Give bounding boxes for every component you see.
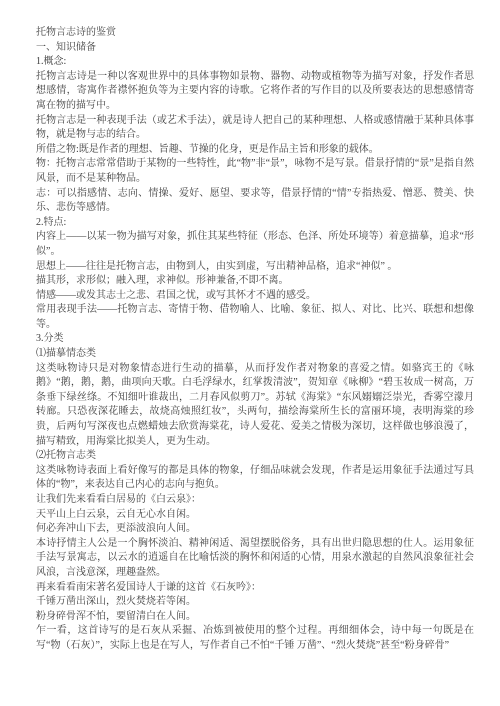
heading-type-1: ⑴描摹情态类 — [36, 347, 474, 362]
para-concept-technique: 托物言志是一种表现手法（或艺术手法），就是诗人把自己的某种理想、人格或感情融于某… — [36, 114, 474, 143]
document-title: 托物言志诗的鉴赏 — [36, 26, 474, 41]
heading-classification: 3.分类 — [36, 332, 474, 347]
section-1-heading: 一、知识储备 — [36, 41, 474, 56]
poem-line-baiyunquan-2: 何必奔冲山下去，更添波浪向人间。 — [36, 522, 474, 537]
para-shihuiyin-intro: 再来看看南宋著名爱国诗人于谦的这首《石灰吟》： — [36, 581, 474, 596]
para-feature-form-spirit: 描其形，求形似；融入理，求神似。形神兼备,不即不离。 — [36, 274, 474, 289]
para-zhi-explanation: 志：可以指感情、志向、情操、爱好、愿望、要求等，借景抒情的“情”专指热爱、憎恶、… — [36, 187, 474, 216]
para-concept-definition: 托物言志诗是一种以客观世界中的具体事物如景物、器物、动物或植物等为描写对象，抒发… — [36, 70, 474, 114]
para-type-2-description: 这类咏物诗表面上看好像写的都是具体的物象，仔细品味就会发现，作者是运用象征手法通… — [36, 464, 474, 493]
para-feature-thought: 思想上——往往是托物言志，由物到人，由实到虚，写出精神品格，追求“神似” 。 — [36, 260, 474, 275]
para-baiyunquan-intro: 让我们先来看看白居易的《白云泉》： — [36, 493, 474, 508]
para-type-1-description: 这类咏物诗只是对物象情态进行生动的描摹，从而抒发作者对物象的喜爱之情。如骆宾王的… — [36, 362, 474, 450]
para-feature-content: 内容上——以某一物为描写对象，抓住其某些特征（形态、色泽、所处环境等）着意描摹，… — [36, 230, 474, 259]
document-page: 托物言志诗的鉴赏 一、知识储备 1.概念: 托物言志诗是一种以客观世界中的具体事… — [0, 0, 500, 706]
poem-line-shihuiyin-2: 粉身碎骨浑不怕，要留清白在人间。 — [36, 610, 474, 625]
heading-features: 2.特点: — [36, 216, 474, 231]
para-borrowed-object: 所借之物:既是作者的理想、旨趣、节操的化身，更是作品主旨和形象的载体。 — [36, 143, 474, 158]
para-common-techniques: 常用表现手法——托物言志、寄情于物、借物喻人、比喻、象征、拟人、对比、比兴、联想… — [36, 303, 474, 332]
poem-line-shihuiyin-1: 千锤万凿出深山，烈火焚烧若等闲。 — [36, 595, 474, 610]
para-shihuiyin-analysis: 乍一看，这首诗写的是石灰从采掘、冶炼到被使用的整个过程。再细细体会，诗中每一句既… — [36, 624, 474, 653]
heading-type-2: ⑵托物言志类 — [36, 449, 474, 464]
para-baiyunquan-analysis: 本诗抒情主人公是一个胸怀淡泊、精神闲适、渴望摆脱俗务，具有出世归隐思想的仕人。运… — [36, 537, 474, 581]
heading-concept: 1.概念: — [36, 55, 474, 70]
para-wu-explanation: 物：托物言志常常借助于某物的一些特性，此“物”非“景”，咏物不是写景。借景抒情的… — [36, 157, 474, 186]
para-feature-emotion: 情感——或发其志士之悲、君国之忧，或写其怀才不遇的感受。 — [36, 289, 474, 304]
poem-line-baiyunquan-1: 天平山上白云泉，云自无心水自闲。 — [36, 508, 474, 523]
